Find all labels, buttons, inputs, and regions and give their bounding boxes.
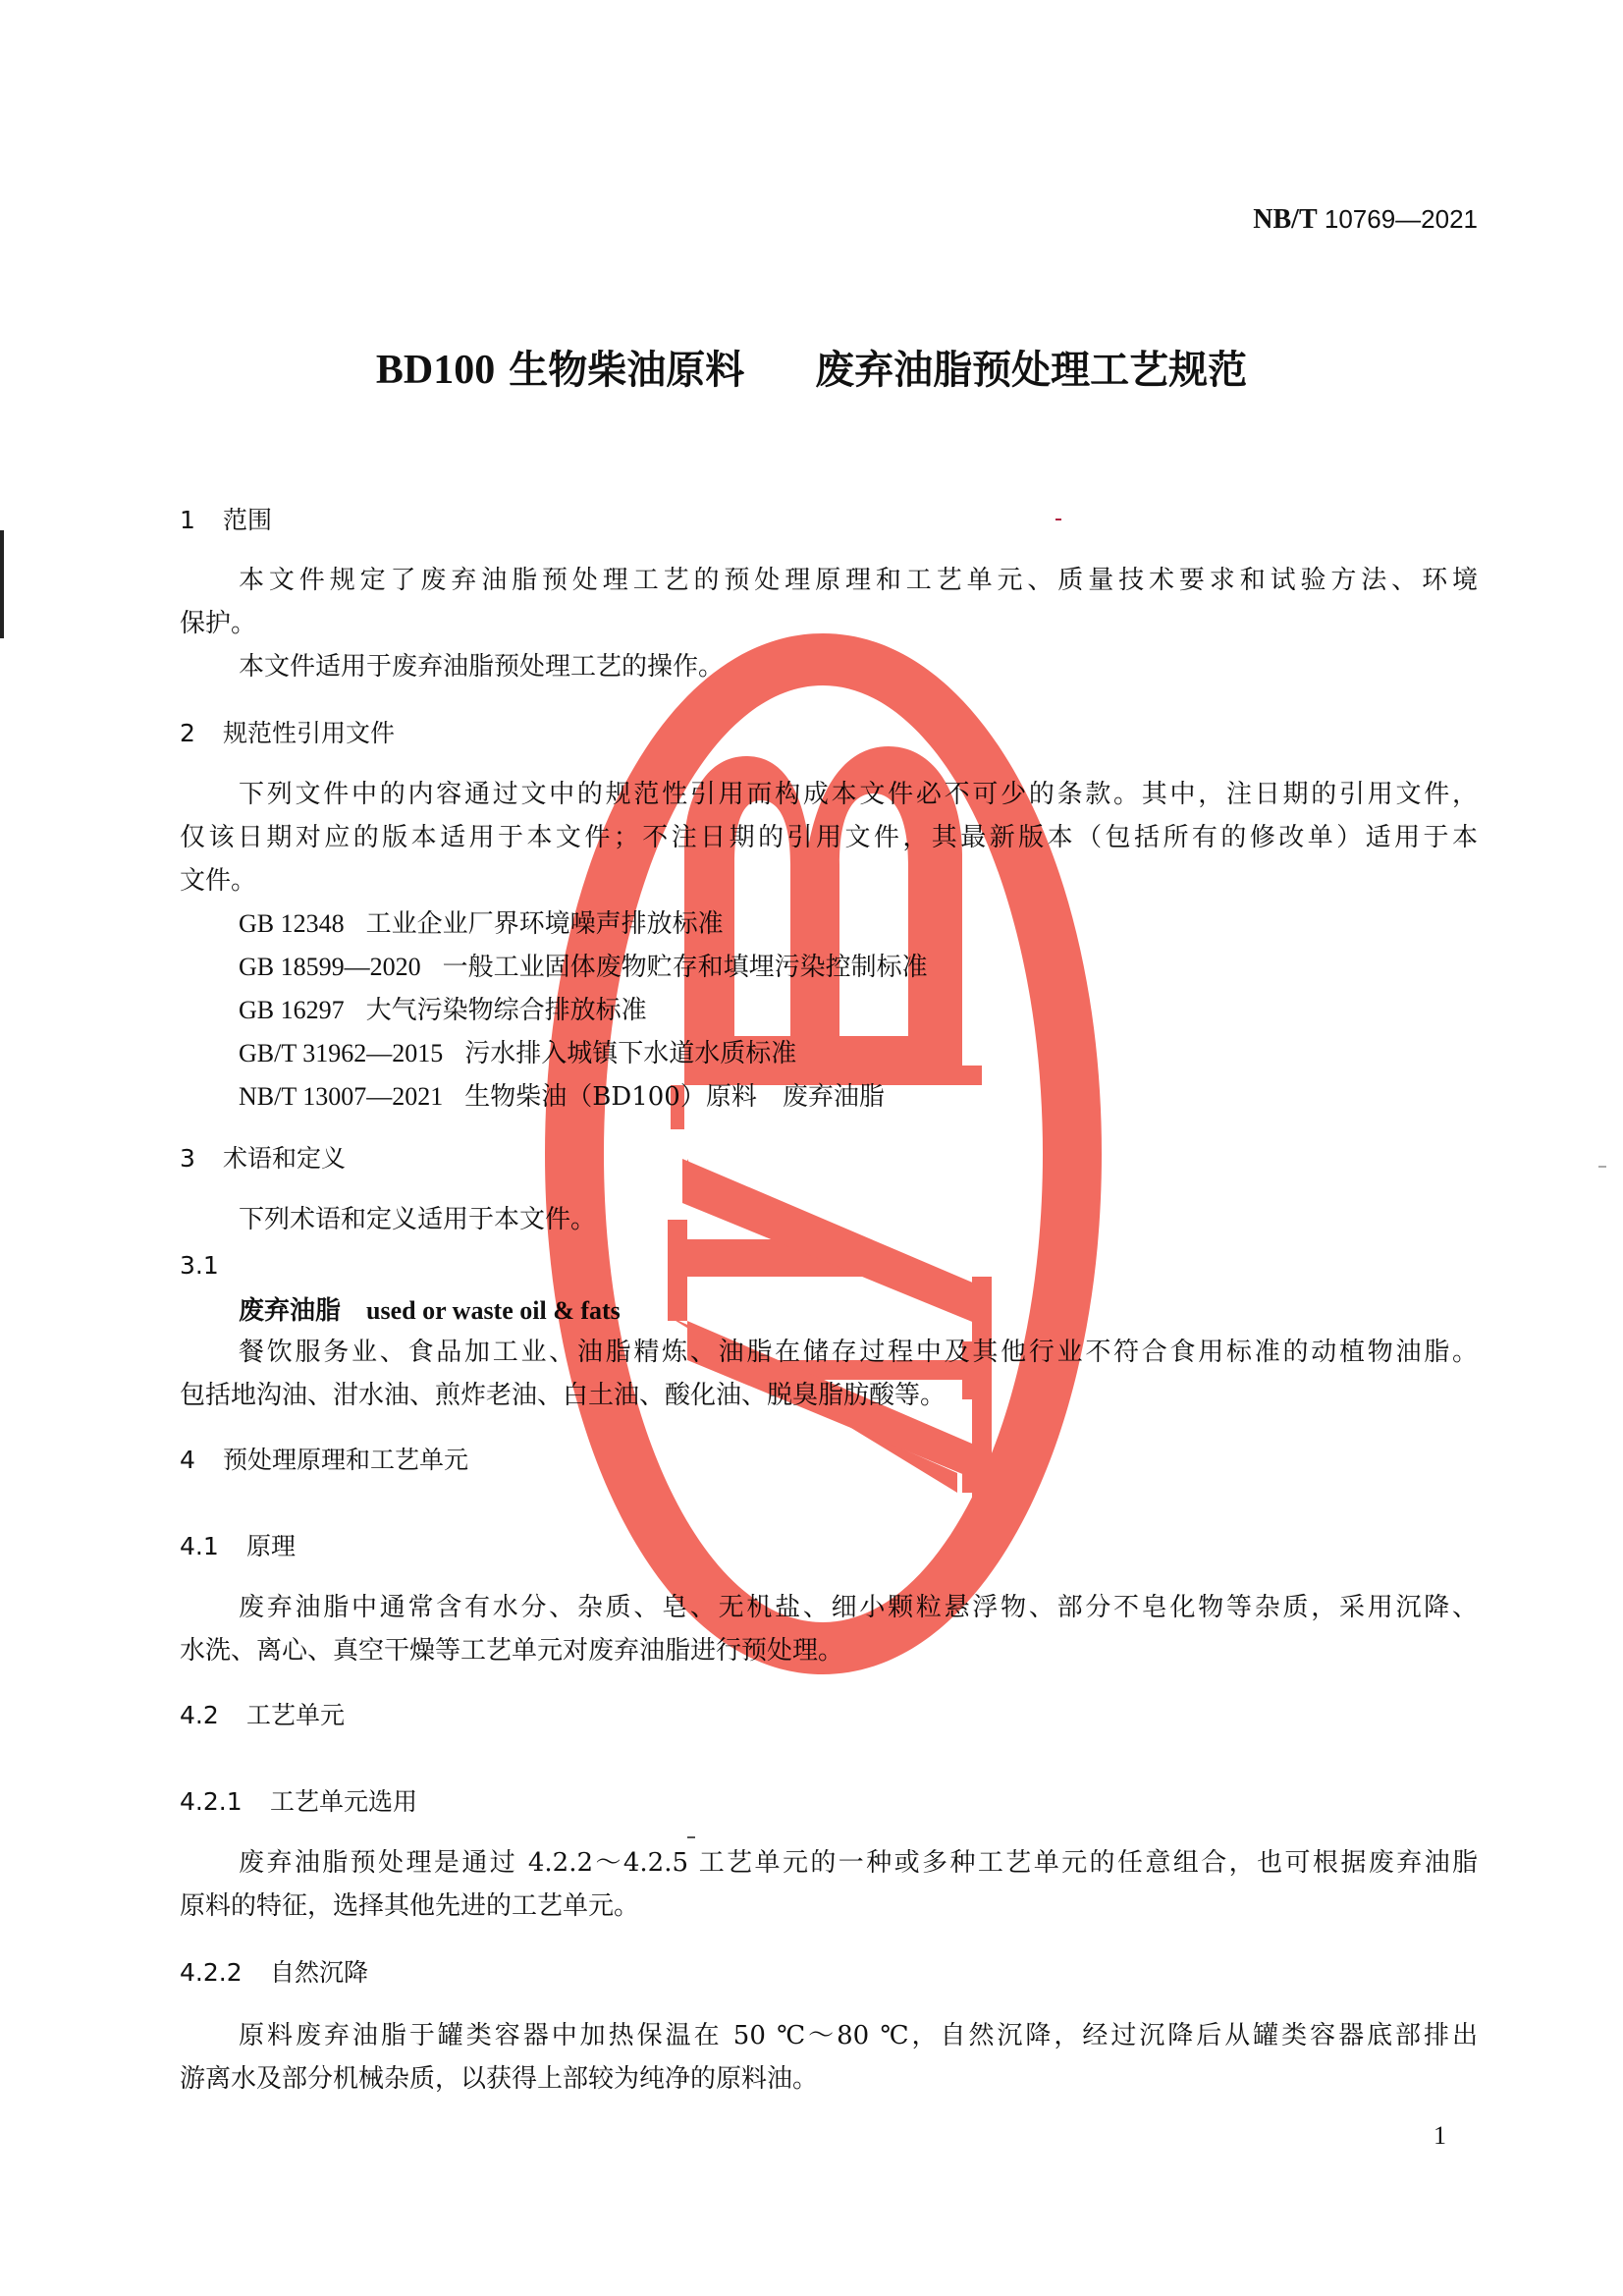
- term-number: 3.1: [180, 1249, 219, 1283]
- section-1-paragraph-2: 本文件适用于废弃油脂预处理工艺的操作。: [180, 650, 1478, 683]
- section-1-heading: 1范围: [180, 504, 272, 537]
- section-4-heading: 4预处理原理和工艺单元: [180, 1444, 468, 1477]
- reference-item: GB 16297大气污染物综合排放标准: [239, 994, 647, 1027]
- section-2-heading: 2规范性引用文件: [180, 717, 395, 750]
- term-en: used or waste oil & fats: [366, 1296, 621, 1325]
- standard-code: NB/T: [1253, 204, 1317, 235]
- section-4-2-2-line-1: 原料废弃油脂于罐类容器中加热保温在 50 ℃～80 ℃，自然沉降，经过沉降后从罐…: [180, 2019, 1478, 2052]
- scan-speck: [1598, 1166, 1606, 1168]
- term-definition-line-2: 包括地沟油、泔水油、煎炸老油、白土油、酸化油、脱臭脂肪酸等。: [180, 1379, 1478, 1412]
- section-4-2-1-line-1: 废弃油脂预处理是通过 4.2.2～4.2.5 工艺单元的一种或多种工艺单元的任意…: [180, 1846, 1478, 1880]
- section-4-2-heading: 4.2工艺单元: [180, 1699, 345, 1732]
- standard-serial: 10769—2021: [1325, 204, 1478, 234]
- title-part1-latin: BD100: [376, 348, 495, 393]
- scan-speck: [1055, 519, 1061, 520]
- section-2-paragraph-line-3: 文件。: [180, 864, 1478, 898]
- section-1-paragraph-1-line-2: 保护。: [180, 607, 1478, 640]
- title-part2: 废弃油脂预处理工艺规范: [815, 348, 1247, 393]
- reference-item: GB/T 31962—2015污水排入城镇下水道水质标准: [239, 1037, 796, 1070]
- scan-edge-artifact: [0, 530, 4, 638]
- section-1-paragraph-1-line-1: 本文件规定了废弃油脂预处理工艺的预处理原理和工艺单元、质量技术要求和试验方法、环…: [180, 564, 1478, 597]
- section-3-intro: 下列术语和定义适用于本文件。: [180, 1203, 1478, 1236]
- section-4-2-1-heading: 4.2.1工艺单元选用: [180, 1785, 417, 1819]
- scan-speck: [687, 1836, 695, 1838]
- document-title: BD100 生物柴油原料 废弃油脂预处理工艺规范: [0, 339, 1623, 395]
- section-4-1-heading: 4.1原理: [180, 1530, 296, 1563]
- section-2-paragraph-line-1: 下列文件中的内容通过文中的规范性引用而构成本文件必不可少的条款。其中，注日期的引…: [180, 778, 1478, 811]
- section-4-1-line-1: 废弃油脂中通常含有水分、杂质、皂、无机盐、细小颗粒悬浮物、部分不皂化物等杂质，采…: [180, 1591, 1478, 1624]
- section-4-2-2-line-2: 游离水及部分机械杂质，以获得上部较为纯净的原料油。: [180, 2062, 1478, 2096]
- reference-item: GB 12348工业企业厂界环境噪声排放标准: [239, 907, 724, 941]
- section-2-paragraph-line-2: 仅该日期对应的版本适用于本文件；不注日期的引用文件，其最新版本（包括所有的修改单…: [180, 821, 1478, 854]
- section-3-heading: 3术语和定义: [180, 1142, 346, 1175]
- document-page: NB/T 10769—2021 BD100 生物柴油原料 废弃油脂预处理工艺规范…: [0, 0, 1623, 2296]
- page-number: 1: [1434, 2121, 1446, 2151]
- section-4-1-line-2: 水洗、离心、真空干燥等工艺单元对废弃油脂进行预处理。: [180, 1634, 1478, 1667]
- standard-number: NB/T 10769—2021: [1253, 204, 1478, 236]
- title-part1-zh: 生物柴油原料: [509, 348, 744, 393]
- section-4-2-2-heading: 4.2.2自然沉降: [180, 1956, 368, 1990]
- term-zh: 废弃油脂: [239, 1296, 341, 1326]
- reference-item: GB 18599—2020一般工业固体废物贮存和填埋污染控制标准: [239, 951, 928, 984]
- term-definition-line-1: 餐饮服务业、食品加工业、油脂精炼、油脂在储存过程中及其他行业不符合食用标准的动植…: [180, 1336, 1478, 1369]
- section-4-2-1-line-2: 原料的特征，选择其他先进的工艺单元。: [180, 1889, 1478, 1923]
- reference-item: NB/T 13007—2021生物柴油（BD100）原料 废弃油脂: [239, 1080, 885, 1114]
- term-title: 废弃油脂used or waste oil & fats: [239, 1294, 621, 1328]
